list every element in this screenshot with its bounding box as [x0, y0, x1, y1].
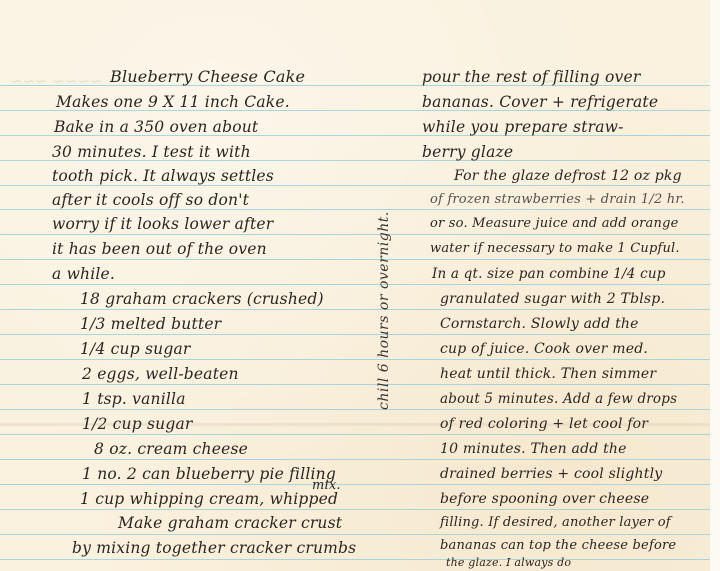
rule-line [0, 559, 710, 560]
rule-line [0, 334, 710, 335]
recipe-line: berry glaze [422, 142, 513, 162]
rule-line [0, 234, 710, 235]
rule-line [0, 409, 710, 410]
recipe-line: while you prepare straw- [422, 117, 624, 137]
rule-line [0, 459, 710, 460]
ingredient-item: 1/2 cup sugar [82, 414, 193, 434]
rule-line [0, 534, 710, 535]
recipe-line: Makes one 9 X 11 inch Cake. [56, 92, 290, 112]
recipe-line: heat until thick. Then simmer [440, 364, 656, 384]
rule-line [0, 284, 710, 285]
recipe-line: drained berries + cool slightly [440, 464, 662, 484]
recipe-line: water if necessary to make 1 Cupful. [430, 239, 680, 259]
recipe-line: the glaze. I always do [446, 553, 571, 571]
recipe-line: 30 minutes. I test it with [52, 142, 251, 162]
recipe-line: Bake in a 350 oven about [54, 117, 258, 137]
recipe-line: tooth pick. It always settles [52, 166, 274, 186]
insert-note: mix. [312, 476, 341, 496]
rule-line [0, 484, 710, 485]
recipe-line: Cornstarch. Slowly add the [440, 314, 639, 334]
ingredient-item: 18 graham crackers (crushed) [80, 289, 324, 309]
recipe-line: a while. [52, 264, 115, 284]
recipe-line: granulated sugar with 2 Tblsp. [440, 289, 665, 309]
page-edge-margin [710, 0, 720, 571]
ingredient-item: 1/4 cup sugar [80, 339, 191, 359]
recipe-line: about 5 minutes. Add a few drops [440, 389, 677, 409]
recipe-line: after it cools off so don't [52, 190, 249, 210]
recipe-line: bananas. Cover + refrigerate [422, 92, 658, 112]
recipe-line: In a qt. size pan combine 1/4 cup [432, 264, 666, 284]
rule-line [0, 309, 710, 310]
recipe-line: it has been out of the oven [52, 239, 267, 259]
recipe-line: filling. If desired, another layer of [440, 513, 671, 533]
recipe-line: or so. Measure juice and add orange [430, 214, 679, 234]
recipe-line: For the glaze defrost 12 oz pkg [454, 166, 682, 186]
recipe-line: before spooning over cheese [440, 489, 649, 509]
rule-line [0, 259, 710, 260]
recipe-title: Blueberry Cheese Cake [110, 67, 305, 87]
instruction-line: Make graham cracker crust [118, 513, 342, 533]
recipe-line: worry if it looks lower after [52, 214, 273, 234]
ingredient-item: 1/3 melted butter [80, 314, 221, 334]
rule-line [0, 509, 710, 510]
ingredient-item: 1 tsp. vanilla [82, 389, 186, 409]
rule-line [0, 384, 710, 385]
rule-line [0, 359, 710, 360]
recipe-line: of red coloring + let cool for [440, 414, 648, 434]
recipe-line: pour the rest of filling over [422, 67, 640, 87]
recipe-line: cup of juice. Cook over med. [440, 339, 648, 359]
notebook-page: ​~~~ ~~~~ ~~~ ​~~ ~~~~ ~~ ~~~~~ Blueberr… [0, 0, 710, 571]
recipe-line: of frozen strawberries + drain 1/2 hr. [430, 190, 685, 210]
instruction-line: by mixing together cracker crumbs [72, 538, 356, 558]
ingredient-item: 2 eggs, well-beaten [82, 364, 239, 384]
ingredient-item: 8 oz. cream cheese [94, 439, 248, 459]
ingredient-item: 1 no. 2 can blueberry pie filling [82, 464, 336, 484]
side-note-chill: chill 6 hours or overnight. [376, 211, 392, 410]
recipe-line: 10 minutes. Then add the [440, 439, 627, 459]
rule-line [0, 434, 710, 435]
ingredient-item: 1 cup whipping cream, whipped [80, 489, 338, 509]
